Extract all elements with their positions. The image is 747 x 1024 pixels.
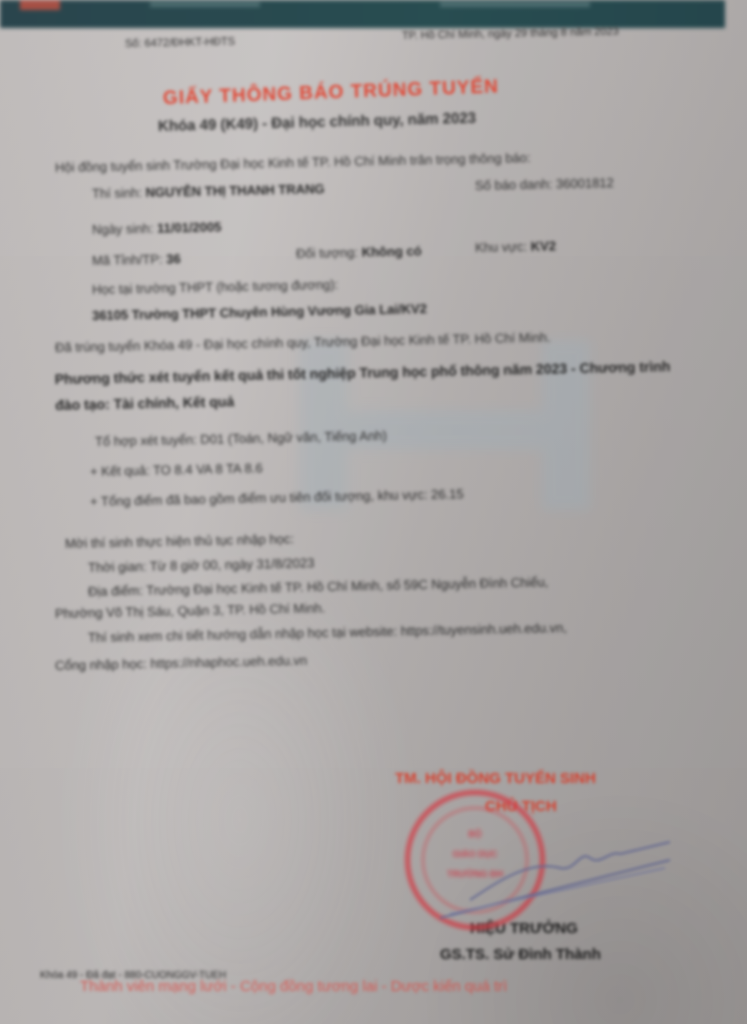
candidate-priority-label: Đối tượng: [296, 245, 358, 261]
candidate-name-row: Thí sinh: NGUYỄN THỊ THANH TRANG [92, 181, 325, 201]
header-text-right [440, 2, 590, 7]
intro-text: Hội đồng tuyển sinh Trường Đại học Kinh … [55, 150, 531, 175]
enrollment-guide-link[interactable]: Thí sinh xem chi tiết hướng dẫn nhập học… [88, 620, 567, 645]
candidate-dob-label: Ngày sinh: [92, 221, 154, 237]
page-title: GIẤY THÔNG BÁO TRÚNG TUYỂN [163, 76, 500, 110]
school-label: Học tại trường THPT (hoặc tương đương): [92, 277, 339, 297]
candidate-province-label: Mã Tỉnh/TP: [92, 252, 163, 268]
candidate-region: KV2 [531, 238, 557, 254]
candidate-dob: 11/01/2005 [157, 219, 222, 235]
enrollment-heading: Mời thí sinh thực hiện thủ tục nhập học: [65, 531, 294, 551]
admission-method: Phương thức xét tuyển kết quả thi tốt ng… [54, 353, 695, 418]
enrollment-place-cont: Phường Võ Thị Sáu, Quận 3, TP. Hồ Chí Mi… [55, 600, 325, 621]
signatory-name: GS.TS. Sử Đình Thành [440, 946, 601, 963]
stamp-text-1: BỘ [410, 829, 540, 839]
candidate-priority-row: Đối tượng: Không có [296, 243, 422, 261]
candidate-dob-row: Ngày sinh: 11/01/2005 [92, 219, 222, 237]
candidate-priority: Không có [361, 243, 421, 259]
enrollment-place: Địa điểm: Trường Đại học Kinh tế TP. Hồ … [88, 574, 549, 599]
candidate-name: NGUYỄN THỊ THANH TRANG [145, 181, 324, 200]
document-reference-number: Số: 6472/ĐHKT-HĐTS [125, 36, 235, 50]
candidate-province-row: Mã Tỉnh/TP: 36 [92, 251, 181, 268]
header-bar [0, 0, 725, 28]
candidate-region-label: Khu vực: [475, 239, 527, 255]
candidate-region-row: Khu vực: KV2 [475, 238, 556, 255]
candidate-province: 36 [166, 251, 181, 266]
candidate-id-label: Số báo danh: [475, 176, 553, 193]
subject-scores: + Kết quả: TO 8.4 VA 8 TA 8.6 [90, 460, 263, 479]
candidate-id: 36001812 [556, 175, 614, 191]
candidate-name-label: Thí sinh: [92, 185, 142, 201]
candidate-id-row: Số báo danh: 36001812 [475, 175, 614, 193]
university-logo [20, 0, 60, 10]
school-value: 36105 Trường THPT Chuyên Hùng Vương Gia … [92, 301, 427, 323]
signature-scribble [440, 840, 680, 920]
footer-red-text: Thành viên mạng lưới - Cộng đồng tương l… [80, 978, 507, 995]
header-text-left [150, 2, 260, 7]
signature-council: TM. HỘI ĐỒNG TUYỂN SINH [395, 770, 596, 787]
enrollment-portal-link[interactable]: Cổng nhập học: https://nhaphoc.ueh.edu.v… [55, 653, 308, 673]
enrollment-time: Thời gian: Từ 8 giờ 00, ngày 31/8/2023 [88, 555, 315, 575]
page-subtitle: Khóa 49 (K49) - Đại học chính quy, năm 2… [158, 110, 476, 135]
